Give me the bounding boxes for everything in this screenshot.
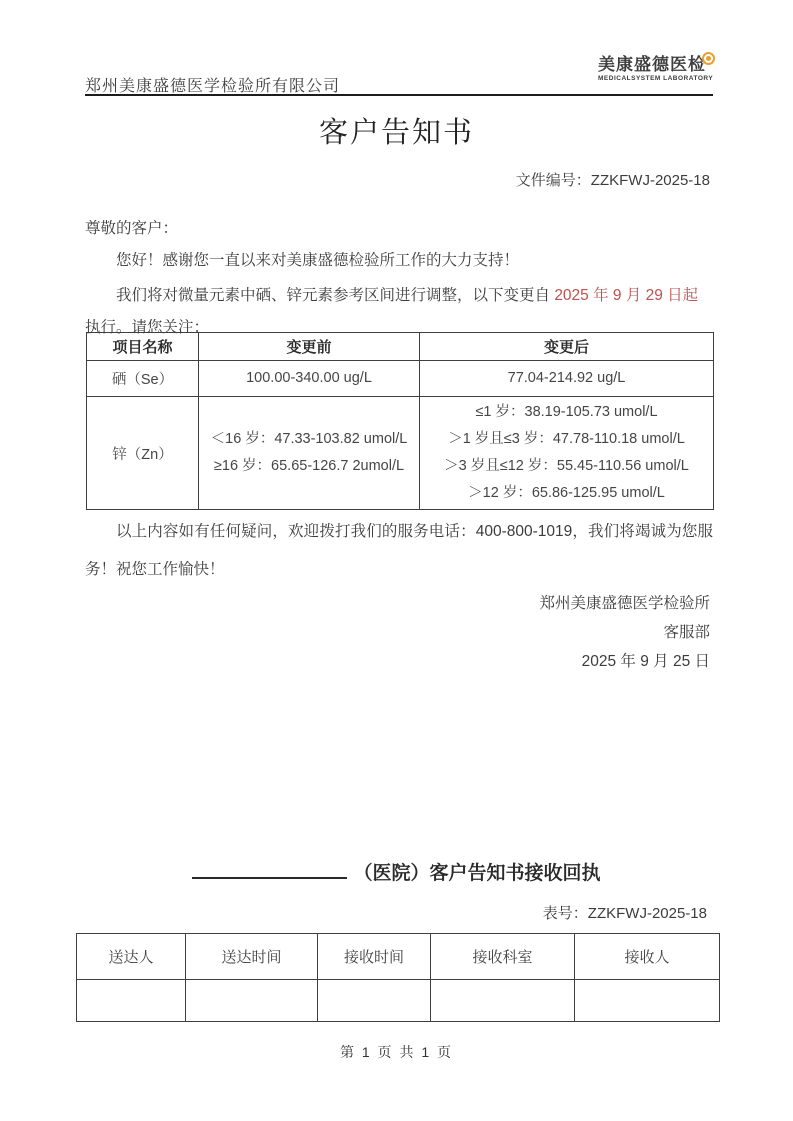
greeting-paragraph: 您好！感谢您一直以来对美康盛德检验所工作的大力支持！: [85, 248, 713, 270]
signature-org: 郑州美康盛德医学检验所: [539, 589, 710, 618]
header-before: 变更前: [199, 333, 420, 361]
empty-cell: [318, 980, 431, 1022]
after-value: ≤1 岁：38.19-105.73 umol/L＞1 岁且≤3 岁：47.78-…: [420, 397, 714, 510]
receipt-empty-row: [77, 980, 720, 1022]
empty-cell: [77, 980, 186, 1022]
form-number: 表号：ZZKFWJ-2025-18: [543, 902, 707, 923]
change-table: 项目名称 变更前 变更后 硒（Se） 100.00-340.00 ug/L 77…: [86, 332, 714, 510]
receipt-table: 送达人 送达时间 接收时间 接收科室 接收人: [76, 933, 720, 1022]
document-page: 郑州美康盛德医学检验所有限公司 美康盛德医检 MEDICALSYSTEM LAB…: [0, 0, 793, 1121]
after-value: 77.04-214.92 ug/L: [420, 361, 714, 397]
table-row-zinc: 锌（Zn） ＜16 岁：47.33-103.82 umol/L≥16 岁：65.…: [87, 397, 714, 510]
header-item-name: 项目名称: [87, 333, 199, 361]
page-number-footer: 第 1 页 共 1 页: [0, 1042, 793, 1062]
hospital-name-blank: [192, 861, 347, 879]
receipt-header-deliverer: 送达人: [77, 934, 186, 980]
signature-dept: 客服部: [539, 618, 710, 647]
empty-cell: [431, 980, 575, 1022]
salutation: 尊敬的客户：: [85, 216, 178, 238]
receipt-header-delivery-time: 送达时间: [186, 934, 318, 980]
logo-english-text: MEDICALSYSTEM LABORATORY: [598, 75, 728, 82]
notice-prefix: 我们将对微量元素中硒、锌元素参考区间进行调整，以下变更自: [116, 287, 554, 304]
signature-block: 郑州美康盛德医学检验所 客服部 2025 年 9 月 25 日: [539, 589, 710, 676]
header-after: 变更后: [420, 333, 714, 361]
before-value: 100.00-340.00 ug/L: [199, 361, 420, 397]
item-name: 锌（Zn）: [87, 397, 199, 510]
company-name: 郑州美康盛德医学检验所有限公司: [85, 73, 340, 96]
signature-date: 2025 年 9 月 25 日: [539, 647, 710, 676]
table-row-selenium: 硒（Se） 100.00-340.00 ug/L 77.04-214.92 ug…: [87, 361, 714, 397]
closing-paragraph: 以上内容如有任何疑问，欢迎拨打我们的服务电话：400-800-1019，我们将竭…: [85, 513, 713, 589]
change-table-header-row: 项目名称 变更前 变更后: [87, 333, 714, 361]
empty-cell: [575, 980, 720, 1022]
receipt-header-receiver: 接收人: [575, 934, 720, 980]
page-title: 客户告知书: [0, 110, 793, 151]
effective-date-highlight: 2025 年 9 月 29 日起: [554, 287, 698, 304]
company-logo: 美康盛德医检 MEDICALSYSTEM LABORATORY: [598, 55, 728, 82]
receipt-header-department: 接收科室: [431, 934, 575, 980]
item-name: 硒（Se）: [87, 361, 199, 397]
receipt-header-row: 送达人 送达时间 接收时间 接收科室 接收人: [77, 934, 720, 980]
logo-badge-icon: [702, 52, 715, 65]
doc-number: 文件编号：ZZKFWJ-2025-18: [516, 169, 710, 190]
receipt-title: （医院）客户告知书接收回执: [0, 858, 793, 885]
before-value: ＜16 岁：47.33-103.82 umol/L≥16 岁：65.65-126…: [199, 397, 420, 510]
receipt-header-receive-time: 接收时间: [318, 934, 431, 980]
header-divider: [85, 94, 713, 96]
empty-cell: [186, 980, 318, 1022]
receipt-title-text: （医院）客户告知书接收回执: [353, 863, 600, 884]
